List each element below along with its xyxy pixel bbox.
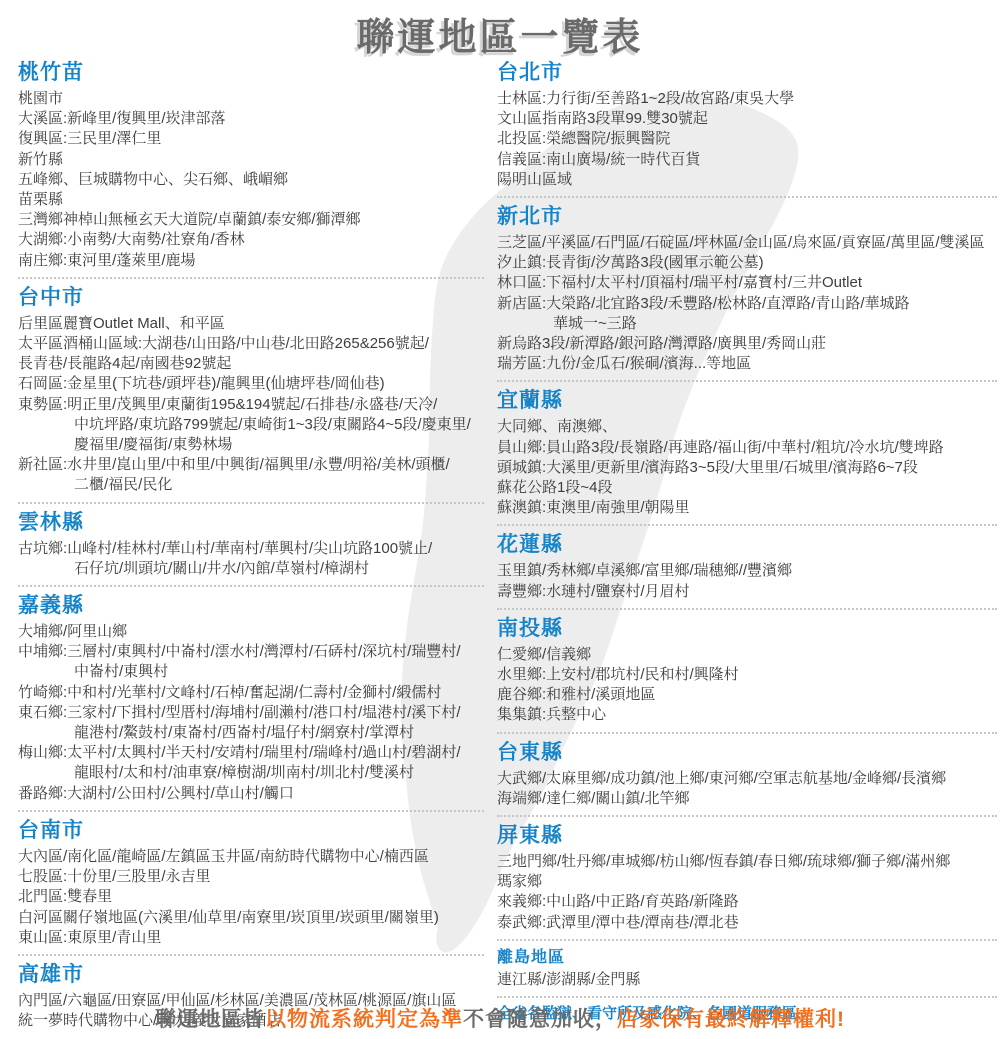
footer-segment: 聯運地區皆 (155, 1008, 265, 1031)
area-line: 林口區:下福村/太平村/頂福村/瑞平村/嘉寶村/三井Outlet (497, 273, 997, 293)
area-line: 新社區:水井里/崑山里/中和里/中興街/福興里/永豐/明裕/美林/頭櫃/ (18, 455, 484, 475)
left-column: 桃竹苗桃園市大溪區:新峰里/復興里/崁津部落復興區:三民里/澤仁里新竹縣五峰鄉、… (18, 60, 484, 1031)
region-header: 高雄市 (18, 962, 484, 988)
section-divider (18, 277, 484, 279)
area-line: 水里鄉:上安村/郡坑村/民和村/興隆村 (497, 665, 997, 685)
area-line: 士林區:力行街/至善路1~2段/故宮路/東吳大學 (497, 89, 997, 109)
area-line: 瑪家鄉 (497, 872, 997, 892)
area-line: 蘇澳鎮:東澳里/南強里/朝陽里 (497, 498, 997, 518)
area-line: 頭城鎮:大溪里/更新里/濱海路3~5段/大里里/石城里/濱海路6~7段 (497, 458, 997, 478)
area-line: 鹿谷鄉:和雅村/溪頭地區 (497, 685, 997, 705)
area-line: 華城一~三路 (497, 314, 997, 334)
region-header: 屏東縣 (497, 823, 997, 849)
region-header: 台東縣 (497, 740, 997, 766)
area-line: 海端鄉/達仁鄉/關山鎮/北竿鄉 (497, 789, 997, 809)
region-header: 新北市 (497, 204, 997, 230)
area-line: 東勢區:明正里/茂興里/東蘭街195&194號起/石排巷/永盛巷/天冷/ (18, 395, 484, 415)
area-line: 東山區:東原里/青山里 (18, 928, 484, 948)
area-line: 壽豐鄉:水璉村/鹽寮村/月眉村 (497, 582, 997, 602)
delivery-area-notice-page: { "title": "聯運地區一覽表", "palette": { "head… (0, 0, 1000, 1039)
right-column: 台北市士林區:力行街/至善路1~2段/故宮路/東吳大學文山區指南路3段單99.雙… (497, 60, 997, 1024)
area-line: 龍眼村/太和村/油車寮/樟樹湖/圳南村/圳北村/雙溪村 (18, 763, 484, 783)
area-line: 三地門鄉/牡丹鄉/車城鄉/枋山鄉/恆春鎮/春日鄉/琉球鄉/獅子鄉/滿州鄉 (497, 852, 997, 872)
area-line: 集集鎮:兵整中心 (497, 705, 997, 725)
area-line: 新店區:大榮路/北宜路3段/禾豐路/松林路/直潭路/青山路/華城路 (497, 294, 997, 314)
area-line: 苗栗縣 (18, 190, 484, 210)
section-divider (18, 810, 484, 812)
area-line: 中坑坪路/東坑路799號起/東崎街1~3段/東關路4~5段/慶東里/ (18, 415, 484, 435)
area-line: 玉里鎮/秀林鄉/卓溪鄉/富里鄉/瑞穗鄉//豐濱鄉 (497, 561, 997, 581)
area-line: 復興區:三民里/澤仁里 (18, 129, 484, 149)
area-line: 東石鄉:三家村/下揖村/型厝村/海埔村/副瀨村/港口村/塭港村/溪下村/ (18, 703, 484, 723)
area-line: 蘇花公路1段~4段 (497, 478, 997, 498)
footer-segment: 不會隨意加收， (463, 1008, 617, 1031)
area-line: 北門區:雙春里 (18, 887, 484, 907)
area-line: 梅山鄉:太平村/太興村/半天村/安靖村/瑞里村/瑞峰村/過山村/碧湖村/ (18, 743, 484, 763)
area-line: 二櫃/福民/民化 (18, 475, 484, 495)
area-line: 石仔坑/圳頭坑/關山/井水/內館/草嶺村/樟湖村 (18, 559, 484, 579)
footer-segment: 以物流系統判定為準 (265, 1008, 463, 1031)
area-line: 陽明山區域 (497, 170, 997, 190)
area-line: 大湖鄉:小南勢/大南勢/社寮角/香林 (18, 230, 484, 250)
region-header: 台北市 (497, 60, 997, 86)
section-divider (497, 608, 997, 610)
area-line: 新烏路3段/新潭路/銀河路/灣潭路/廣興里/秀岡山莊 (497, 334, 997, 354)
area-line: 三灣鄉神棹山無極玄天大道院/卓蘭鎮/泰安鄉/獅潭鄉 (18, 210, 484, 230)
area-line: 五峰鄉、巨城購物中心、尖石鄉、峨嵋鄉 (18, 170, 484, 190)
area-line: 南庄鄉:東河里/蓬萊里/鹿場 (18, 251, 484, 271)
region-header: 雲林縣 (18, 510, 484, 536)
region-header: 台中市 (18, 285, 484, 311)
area-line: 龍港村/鰲鼓村/東崙村/西崙村/塭仔村/網寮村/掌潭村 (18, 723, 484, 743)
area-line: 白河區關仔嶺地區(六溪里/仙草里/南寮里/崁頂里/崁頭里/關嶺里) (18, 908, 484, 928)
area-line: 七股區:十份里/三股里/永吉里 (18, 867, 484, 887)
area-line: 文山區指南路3段單99.雙30號起 (497, 109, 997, 129)
area-line: 長青巷/長龍路4起/南國巷92號起 (18, 354, 484, 374)
section-divider (497, 939, 997, 941)
area-line: 中崙村/東興村 (18, 662, 484, 682)
area-line: 大埔鄉/阿里山鄉 (18, 622, 484, 642)
area-line: 大溪區:新峰里/復興里/崁津部落 (18, 109, 484, 129)
region-header: 宜蘭縣 (497, 388, 997, 414)
area-line: 三芝區/平溪區/石門區/石碇區/坪林區/金山區/烏來區/貢寮區/萬里區/雙溪區 (497, 233, 997, 253)
area-line: 泰武鄉:武潭里/潭中巷/潭南巷/潭北巷 (497, 913, 997, 933)
area-line: 中埔鄉:三層村/東興村/中崙村/澐水村/灣潭村/石硦村/深坑村/瑞豐村/ (18, 642, 484, 662)
section-divider (497, 732, 997, 734)
area-line: 大武鄉/太麻里鄉/成功鎮/池上鄉/東河鄉/空軍志航基地/金峰鄉/長濱鄉 (497, 769, 997, 789)
area-line: 大同鄉、南澳鄉、 (497, 417, 997, 437)
area-line: 石岡區:金星里(下坑巷/頭坪巷)/龍興里(仙塘坪巷/岡仙巷) (18, 374, 484, 394)
footer-disclaimer: 聯運地區皆以物流系統判定為準不會隨意加收，店家保有最終解釋權利! (0, 1003, 1000, 1033)
region-header: 離島地區 (497, 947, 997, 968)
area-line: 信義區:南山廣場/統一時代百貨 (497, 150, 997, 170)
page-title: 聯運地區一覽表 (0, 6, 1000, 61)
area-line: 仁愛鄉/信義鄉 (497, 645, 997, 665)
area-line: 北投區:榮總醫院/振興醫院 (497, 129, 997, 149)
area-line: 竹崎鄉:中和村/光華村/文峰村/石棹/奮起湖/仁壽村/金獅村/緞儒村 (18, 683, 484, 703)
area-line: 來義鄉:中山路/中正路/育英路/新隆路 (497, 892, 997, 912)
section-divider (497, 815, 997, 817)
area-line: 后里區麗寶Outlet Mall、和平區 (18, 314, 484, 334)
area-line: 大內區/南化區/龍崎區/左鎮區玉井區/南紡時代購物中心/楠西區 (18, 847, 484, 867)
section-divider (497, 380, 997, 382)
section-divider (497, 196, 997, 198)
area-line: 古坑鄉:山峰村/桂林村/華山村/華南村/華興村/尖山坑路100號止/ (18, 539, 484, 559)
section-divider (18, 954, 484, 956)
section-divider (18, 502, 484, 504)
area-line: 番路鄉:大湖村/公田村/公興村/草山村/觸口 (18, 784, 484, 804)
area-line: 太平區酒桶山區域:大湖巷/山田路/中山巷/北田路265&256號起/ (18, 334, 484, 354)
section-divider (497, 524, 997, 526)
section-divider (497, 996, 997, 998)
area-line: 瑞芳區:九份/金瓜石/猴硐/濱海...等地區 (497, 354, 997, 374)
region-header: 嘉義縣 (18, 593, 484, 619)
region-header: 桃竹苗 (18, 60, 484, 86)
area-line: 桃園市 (18, 89, 484, 109)
area-line: 員山鄉:員山路3段/長嶺路/再連路/福山街/中華村/粗坑/冷水坑/雙埤路 (497, 438, 997, 458)
region-header: 南投縣 (497, 616, 997, 642)
region-header: 台南市 (18, 818, 484, 844)
area-line: 新竹縣 (18, 150, 484, 170)
section-divider (18, 585, 484, 587)
region-header: 花蓮縣 (497, 532, 997, 558)
area-line: 汐止鎮:長青街/汐萬路3段(國軍示範公墓) (497, 253, 997, 273)
footer-segment: 店家保有最終解釋權利! (617, 1008, 845, 1031)
area-line: 慶福里/慶福街/東勢林場 (18, 435, 484, 455)
area-line: 連江縣/澎湖縣/金門縣 (497, 970, 997, 990)
